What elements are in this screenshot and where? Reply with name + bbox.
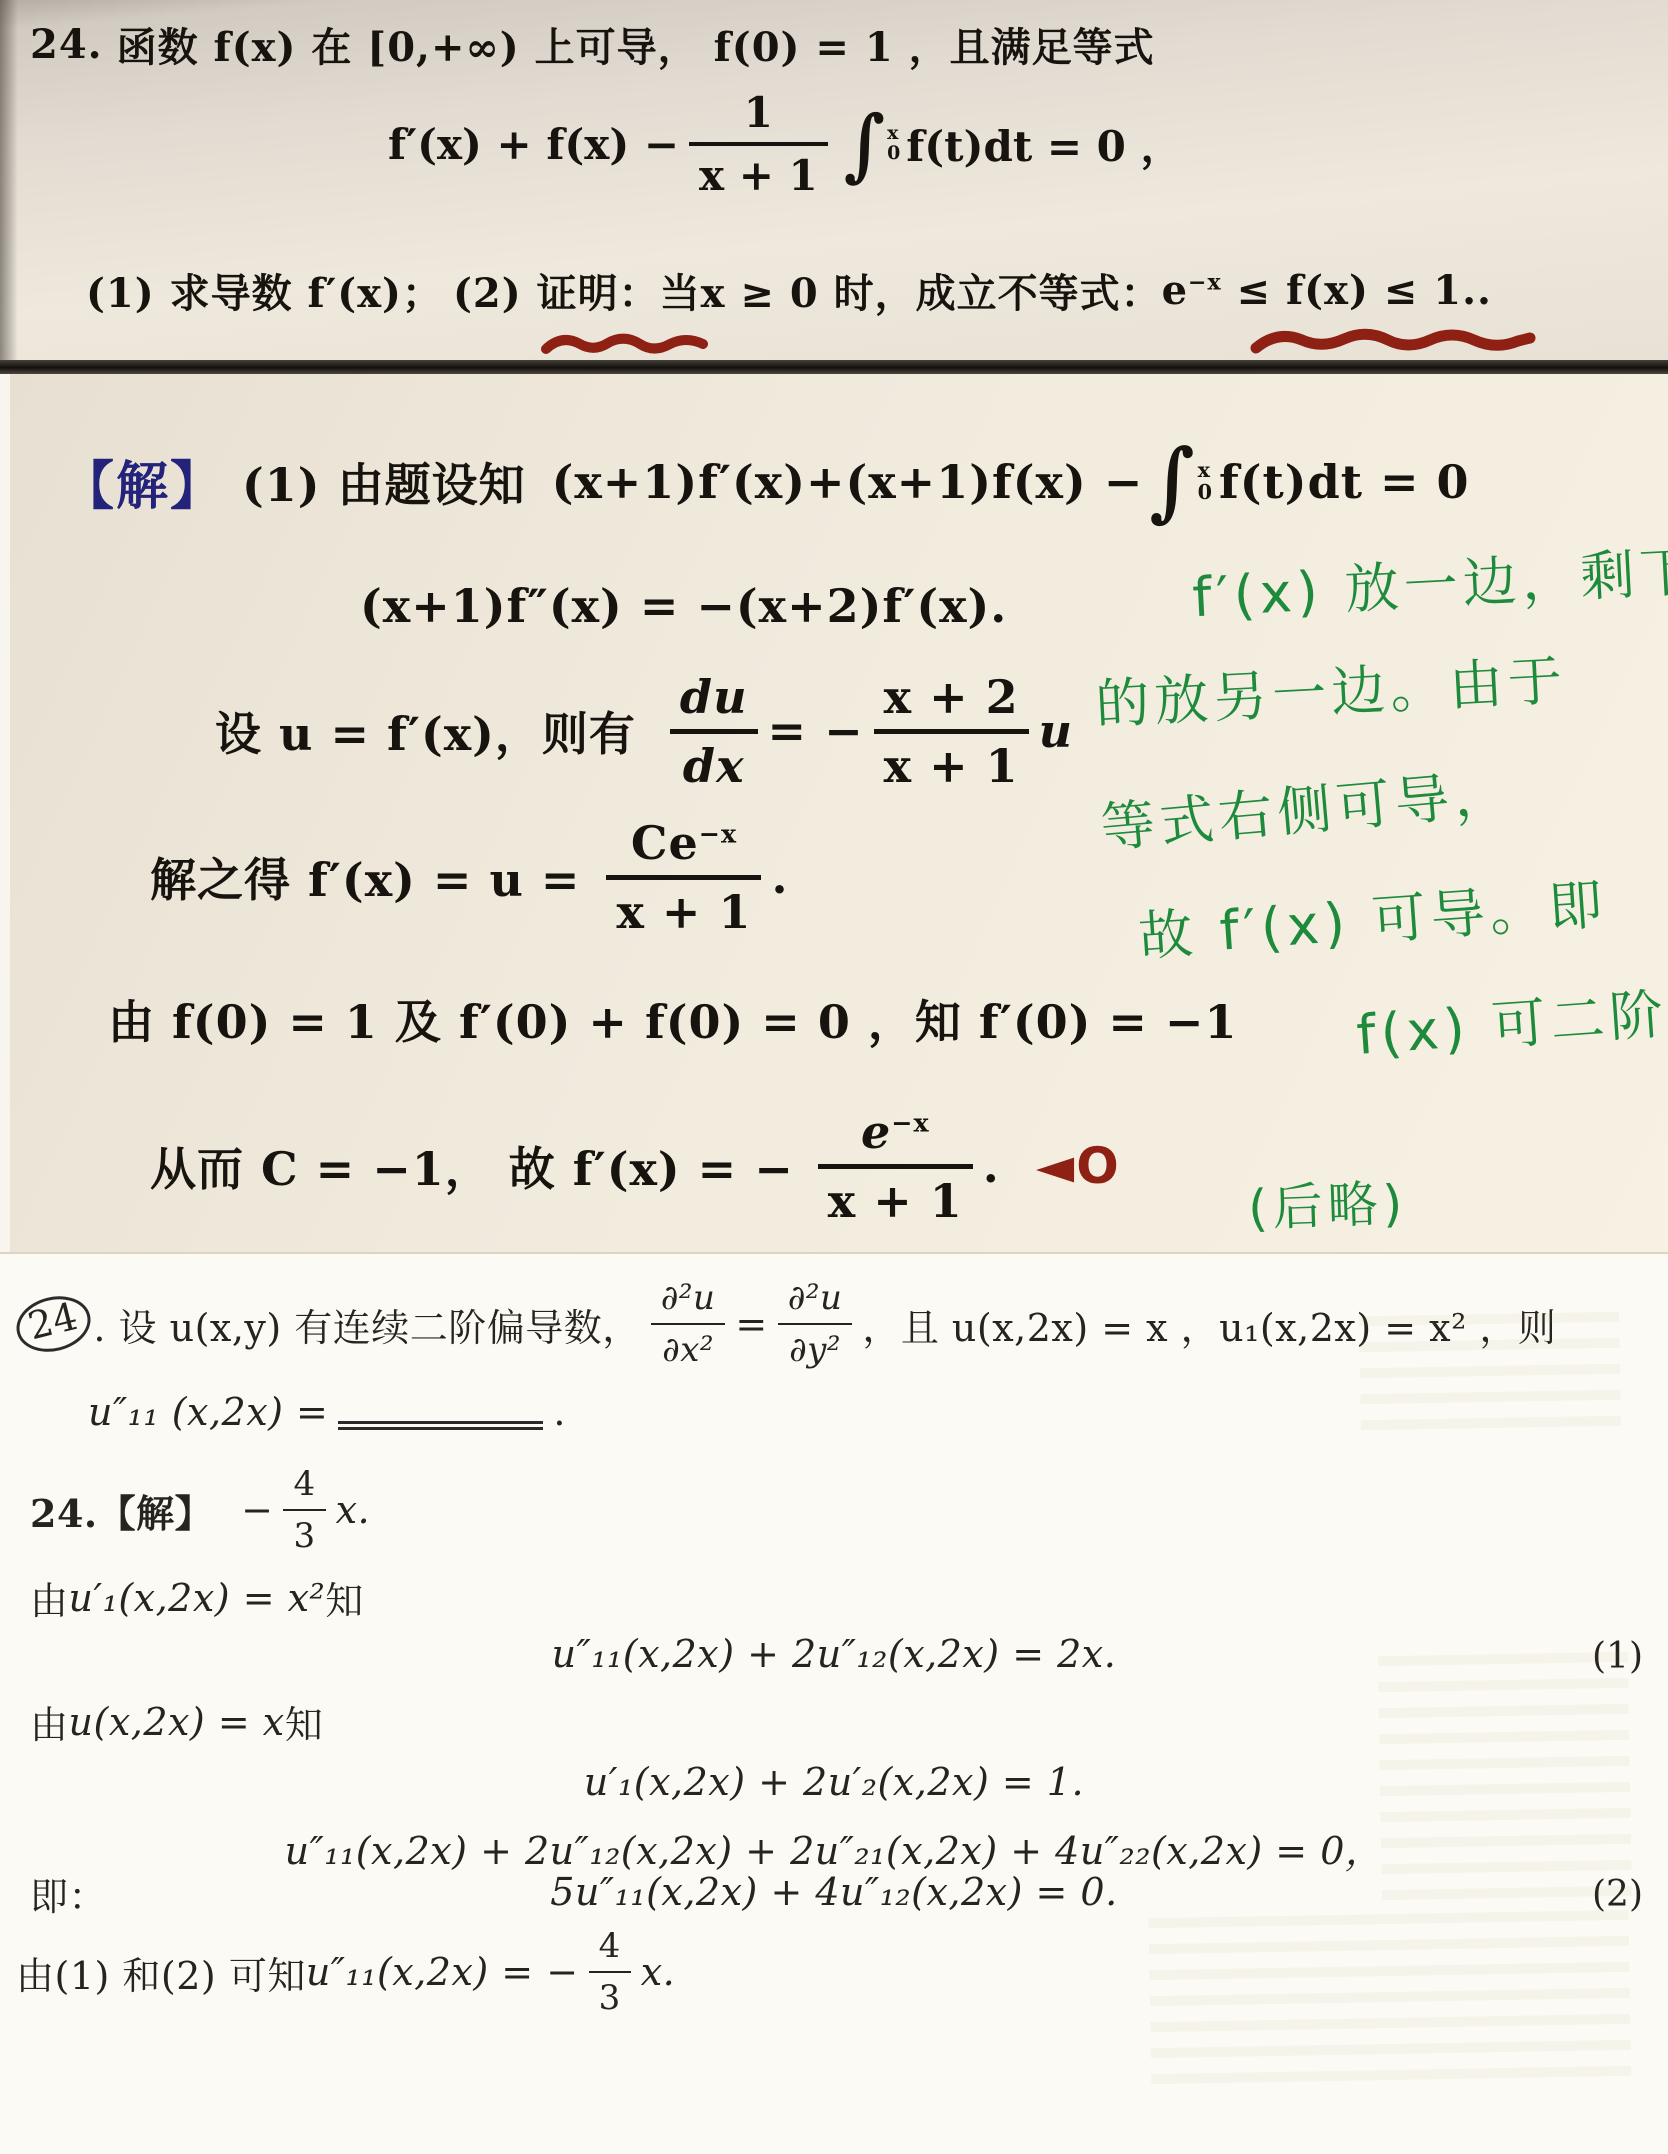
fraction-numerator: 4: [589, 1926, 631, 1971]
solution2-conclusion: 由(1) 和(2) 可知 u″₁₁(x,2x) = − 4 3 x.: [16, 1922, 675, 2022]
solution-step2: (x+1)f″(x) = −(x+2)f′(x).: [360, 579, 1007, 633]
ink-bleedthrough: [1359, 1312, 1621, 1437]
ink-bleedthrough: [1148, 1910, 1631, 2098]
fraction-denominator: x + 1: [818, 1164, 973, 1228]
solution2-from1: 由 u′₁(x,2x) = x² 知: [30, 1570, 364, 1625]
fraction: 4 3: [589, 1926, 631, 2018]
problem-parts-line: (1) 求导数 f′(x)； (2) 证明：当 x ≥ 0 时 ，成立不等式： …: [86, 262, 1492, 319]
fraction: Ce−x x + 1: [606, 816, 761, 939]
fraction-denominator: x + 1: [606, 875, 761, 939]
conclusion-math: u″₁₁(x,2x) = −: [306, 1950, 579, 1994]
step1-math: (x+1)f′(x)+(x+1)f(x) −: [552, 455, 1144, 509]
from2-math: u(x,2x) = x: [69, 1700, 285, 1744]
problem-number: 24.: [30, 21, 103, 68]
solution-step6: 从而 C = −1， 故 f′(x) = − e−x x + 1 . ◄O: [150, 1086, 1121, 1246]
problem2-equals: =: [735, 1302, 767, 1346]
answer-sign: −: [241, 1488, 273, 1532]
from2-tail: 知: [285, 1694, 324, 1749]
part2-lead-text: (2) 证明：当: [453, 262, 701, 319]
ink-bleedthrough: [1378, 1652, 1632, 1916]
from1-tail: 知: [325, 1570, 364, 1625]
integral-limits: x 0: [1198, 460, 1213, 503]
fraction-numerator: 4: [283, 1464, 325, 1509]
fraction: 1 x + 1: [689, 88, 828, 200]
step4-tail: .: [771, 850, 788, 904]
fraction-denominator: x + 1: [689, 142, 828, 200]
from1-math: u′₁(x,2x) = x²: [69, 1576, 326, 1620]
equation-rhs: f(t)dt = 0 ，: [906, 114, 1182, 174]
inequality-base: e: [1162, 267, 1188, 314]
solution2-header: 24.【解】 − 4 3 x.: [30, 1460, 370, 1560]
from1-lead: 由: [30, 1570, 69, 1625]
green-note-line5: f(x) 可二阶导: [1354, 967, 1668, 1070]
numerator-exponent: −x: [699, 818, 737, 848]
fraction-denominator: x + 1: [874, 729, 1029, 793]
solution2-tag: 24.【解】: [30, 1483, 213, 1538]
section-divider: [0, 360, 1668, 374]
red-wavy-underline-1: [540, 330, 710, 360]
step5-text: 由 f(0) = 1 及 f′(0) + f(0) = 0 ，知 f′(0) =…: [108, 986, 1237, 1052]
fraction: x + 2 x + 1: [874, 670, 1029, 793]
solution-photo-section: 【解】 (1) 由题设知 (x+1)f′(x)+(x+1)f(x) − ∫ x …: [0, 374, 1668, 1252]
part2-mid-text: ，成立不等式：: [875, 262, 1162, 319]
solution-step1: 【解】 (1) 由题设知 (x+1)f′(x)+(x+1)f(x) − ∫ x …: [62, 436, 1470, 527]
step3-tail: u: [1039, 704, 1073, 758]
green-note-line6: (后略): [1247, 1163, 1408, 1241]
green-note-line1: f′(x) 放一边，剩下: [1190, 529, 1668, 632]
integral: ∫ x 0: [844, 102, 901, 186]
fraction-numerator: 1: [689, 88, 828, 142]
step6-lead: 从而 C = −1， 故 f′(x) = −: [150, 1133, 794, 1199]
problem-statement-line: 24. 函数 f(x) 在 [0,+∞) 上可导， f(0) = 1 ，且满足等…: [30, 16, 1155, 73]
printed-solution-section: 24 . 设 u(x,y) 有连续二阶偏导数， ∂²u ∂x² = ∂²u ∂y…: [0, 1252, 1668, 2154]
step1-lead: (1) 由题设知: [242, 449, 526, 515]
conclusion-lead: 由(1) 和(2) 可知: [16, 1945, 306, 2000]
inequality-exponent: −x: [1188, 270, 1222, 296]
answer-tail: x.: [336, 1488, 371, 1532]
step4-lead: 解之得 f′(x) = u =: [150, 844, 580, 910]
fraction-denominator: 3: [589, 1971, 631, 2018]
numerator-exponent: −x: [891, 1107, 929, 1137]
solution-tag: 【解】: [62, 444, 224, 519]
equation-lhs: f′(x) + f(x) −: [388, 120, 679, 169]
solution-step5: 由 f(0) = 1 及 f′(0) + f(0) = 0 ，知 f′(0) =…: [108, 986, 1237, 1052]
fraction-numerator: Ce−x: [606, 816, 761, 875]
fraction-denominator: ∂y²: [778, 1323, 853, 1370]
fraction-denominator: ∂x²: [651, 1323, 726, 1370]
solution-step4: 解之得 f′(x) = u = Ce−x x + 1 .: [150, 802, 789, 952]
fraction-numerator: du: [670, 670, 758, 729]
inequality-rest: ≤ f(x) ≤ 1..: [1222, 267, 1492, 314]
fraction-denominator: dx: [670, 729, 758, 793]
numerator-base: e: [861, 1105, 891, 1159]
numerator-base: Ce: [631, 816, 699, 870]
fraction-numerator: e−x: [818, 1105, 973, 1164]
fraction-denominator: 3: [283, 1509, 325, 1556]
fraction: du dx: [670, 670, 758, 793]
integral-limits: x 0: [887, 124, 900, 164]
fraction-numerator: x + 2: [874, 670, 1029, 729]
fraction: e−x x + 1: [818, 1105, 973, 1228]
green-note-line3: 等式右侧可导，: [1097, 750, 1515, 863]
solution-step3: 设 u = f′(x)，则有 du dx = − x + 2 x + 1 u: [215, 656, 1073, 806]
red-margin-mark: ◄O: [1036, 1137, 1121, 1195]
step3-equals: = −: [768, 704, 864, 758]
fraction-numerator: ∂²u: [651, 1278, 726, 1323]
fraction-numerator: ∂²u: [778, 1278, 853, 1323]
integral-lower-limit: 0: [1198, 482, 1213, 504]
part2-condition: x ≥ 0 时: [701, 262, 875, 319]
integral: ∫ x 0: [1149, 436, 1213, 527]
solution2-from2: 由 u(x,2x) = x 知: [30, 1694, 323, 1749]
problem-photo-section: 24. 函数 f(x) 在 [0,+∞) 上可导， f(0) = 1 ，且满足等…: [0, 0, 1668, 362]
step2-equation: (x+1)f″(x) = −(x+2)f′(x).: [360, 579, 1007, 633]
ask-period: .: [553, 1390, 566, 1434]
ask-lhs: u″₁₁ (x,2x) =: [88, 1390, 328, 1434]
integral-upper-limit: x: [1198, 460, 1213, 482]
part1-text: (1) 求导数 f′(x)；: [86, 262, 443, 319]
conclusion-tail: x.: [641, 1950, 676, 1994]
green-note-line4: 故 f′(x) 可导。即: [1136, 862, 1610, 972]
step6-tail: .: [983, 1139, 1000, 1193]
red-wavy-underline-2: [1248, 324, 1538, 360]
answer-blank: [338, 1395, 543, 1430]
problem2-ask: u″₁₁ (x,2x) = .: [88, 1390, 566, 1434]
fraction: 4 3: [283, 1464, 325, 1556]
problem2-number-circled: 24: [11, 1289, 97, 1360]
green-note-line2: 的放另一边。由于: [1093, 638, 1568, 740]
fraction: ∂²u ∂y²: [778, 1278, 853, 1370]
step1-rhs: f(t)dt = 0: [1219, 455, 1470, 509]
problem2-intro: . 设 u(x,y) 有连续二阶偏导数，: [93, 1297, 640, 1352]
integral-lower-limit: 0: [887, 144, 900, 164]
problem-intro-text: 函数 f(x) 在 [0,+∞) 上可导， f(0) = 1 ，且满足等式: [117, 16, 1155, 73]
problem2-statement: 24 . 设 u(x,y) 有连续二阶偏导数， ∂²u ∂x² = ∂²u ∂y…: [16, 1272, 1556, 1376]
display-equation: f′(x) + f(x) − 1 x + 1 ∫ x 0 f(t)dt = 0 …: [388, 88, 1183, 200]
fraction: ∂²u ∂x²: [651, 1278, 726, 1370]
integral-sign: ∫: [844, 98, 885, 190]
inequality: e−x ≤ f(x) ≤ 1..: [1162, 267, 1492, 314]
from2-lead: 由: [30, 1694, 69, 1749]
step3-lead: 设 u = f′(x)，则有: [215, 698, 636, 764]
integral-sign: ∫: [1149, 431, 1195, 531]
